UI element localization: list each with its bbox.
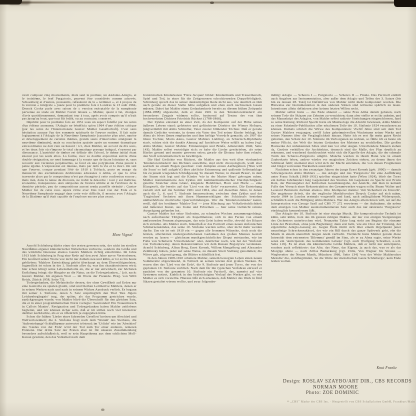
german-paragraph: Nachdem schon in den zwanziger Jahren de…	[271, 169, 401, 213]
liner-notes-column-1: avait composé cinq mouvements, mais seul…	[22, 94, 137, 388]
german-paragraph: Gustav Mahler hat seine Sinfonien, zu sc…	[143, 213, 262, 257]
dust-speck-bottom	[101, 409, 105, 412]
credit-photo-line: Photo: ZOE DOMINIC	[283, 390, 412, 396]
dust-speck-top	[210, 2, 214, 5]
credit-design-line: Design: ROSLAV SZAYBO/ART DIR., CBS RECO…	[283, 379, 412, 385]
album-back-cover: avait composé cinq mouvements, mais seul…	[0, 0, 416, 416]
german-paragraph: Todesgedanken, die Melancholie dessen, d…	[22, 282, 137, 316]
german-paragraph: mäßig: Adagio — Scherzo I — Purgatorio —…	[271, 94, 401, 111]
french-author-signature: Marc Vignal	[22, 234, 133, 237]
french-paragraph: avait composé cinq mouvements, mais seul…	[22, 94, 137, 121]
german-paragraph: französischen Kinderkanon 'Frère Jacques…	[143, 94, 262, 121]
liner-notes-column-2: französischen Kinderkanon 'Frère Jacques…	[143, 94, 262, 396]
top-right-corner-mark	[394, 0, 416, 7]
sleeve-top-edge-line	[0, 2, 416, 4]
scan-surface: avait composé cinq mouvements, mais seul…	[0, 0, 416, 416]
german-paragraph: Schon die frühen 'Lieder eines fahrenden…	[22, 316, 137, 340]
german-paragraph: Die fünf Gedichte von Rückert, die Mahle…	[143, 158, 262, 212]
french-essay: avait composé cinq mouvements, mais seul…	[22, 94, 137, 230]
german-essay-part-1: Arnold Schönberg dürfte einer der ersten…	[22, 244, 137, 388]
liner-notes-column-3: mäßig: Adagio — Scherzo I — Purgatorio —…	[271, 94, 401, 370]
german-essay-part-3: mäßig: Adagio — Scherzo I — Purgatorio —…	[271, 94, 401, 363]
german-paragraph: Das Adagio der 10. Sinfonie ist eine ein…	[271, 213, 401, 264]
german-paragraph: Der Zyklus entstand zu einer Zeit, da de…	[143, 121, 262, 158]
german-paragraph: Arnold Schönberg dürfte einer der ersten…	[22, 244, 137, 281]
fine-print-line: ® „CBS“ Marke der CBS Inc. · Hergestellt…	[287, 401, 415, 404]
german-paragraph: In den Jahren 1908-1910 arbeitete Mahler…	[143, 257, 262, 284]
german-author-signature: Knut Franke	[271, 367, 397, 370]
french-paragraph: Imprimé pour la première fois en 1951 so…	[22, 121, 137, 199]
top-left-corner-mark	[0, 0, 22, 5]
credits-block: Design: ROSLAV SZAYBO/ART DIR., CBS RECO…	[283, 379, 412, 396]
german-paragraph: Mahler selbst hatte — das Ende ahnend — …	[271, 111, 401, 169]
